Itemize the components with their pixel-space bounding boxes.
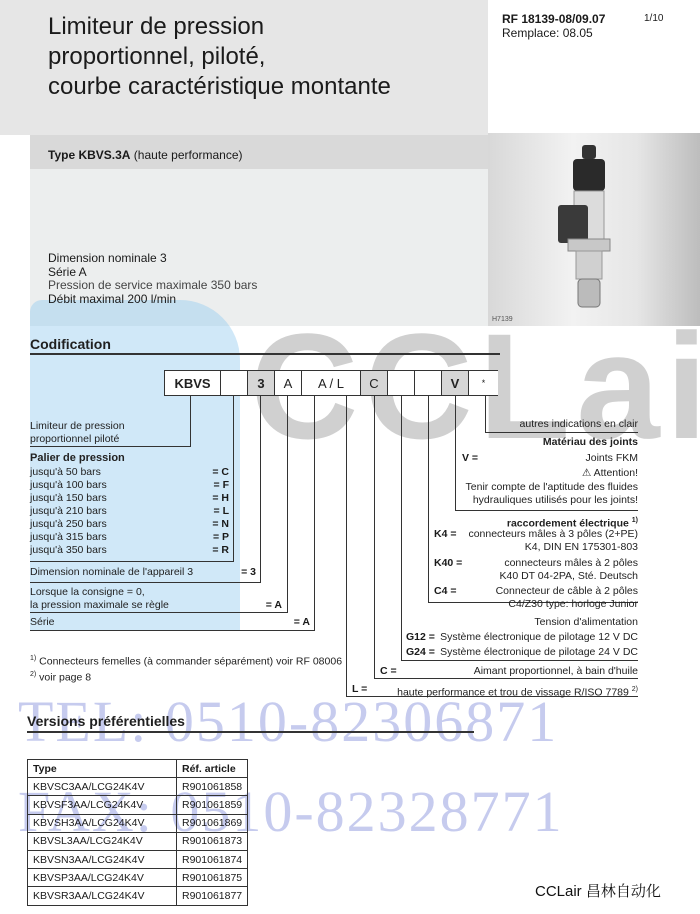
footnote-2: 2) voir page 8 <box>30 668 91 685</box>
pressure-level: jusqu'à 350 bars= R <box>30 544 229 557</box>
title-line-3: courbe caractéristique montante <box>48 72 478 102</box>
seal-heading: Matériau des joints <box>460 436 638 449</box>
table-row: KBVSC3AA/LCG24K4VR901061858 <box>28 778 248 796</box>
codification-heading: Codification <box>30 336 111 352</box>
column-header-ref: Réf. article <box>177 760 248 778</box>
type-line: Type KBVS.3A (haute performance) <box>48 148 243 162</box>
elec-c4: C4 =Connecteur de câble à 2 pôles C4/Z30… <box>434 585 638 611</box>
code-box-elec <box>414 370 442 396</box>
voltage-heading: Tension d'alimentation <box>430 616 638 629</box>
replaces-label: Remplace: 08.05 <box>502 26 605 40</box>
pressure-level: jusqu'à 50 bars= C <box>30 466 229 479</box>
pressure-levels: jusqu'à 50 bars= C jusqu'à 100 bars= F j… <box>30 466 229 557</box>
spec-item: Débit maximal 200 l/min <box>48 293 257 307</box>
title-line-2: proportionnel, piloté, <box>48 42 478 72</box>
elec-k40: K40 =connecteurs mâles à 2 pôles K40 DT … <box>434 557 638 583</box>
pressure-level: jusqu'à 100 bars= F <box>30 479 229 492</box>
pressure-level: jusqu'à 150 bars= H <box>30 492 229 505</box>
nominal-size-row: Dimension nominale de l'appareil 3= 3 <box>30 566 256 579</box>
table-header-row: Type Réf. article <box>28 760 248 778</box>
code-box-pressure <box>220 370 248 396</box>
brand-watermark: CCLair 昌林自动化 <box>535 880 661 901</box>
magnet-row: C =Aimant proportionnel, à bain d'huile <box>380 665 638 678</box>
versions-rule <box>27 731 474 733</box>
warning-icon: ⚠ <box>582 467 591 479</box>
code-box-magnet: C <box>360 370 388 396</box>
page-number: 1/10 <box>644 12 663 26</box>
versions-heading: Versions préférentielles <box>27 713 185 729</box>
table-row: KBVSN3AA/LCG24K4VR901061874 <box>28 850 248 868</box>
attention-row: ⚠ Attention! <box>520 467 638 480</box>
table-row: KBVSP3AA/LCG24K4VR901061875 <box>28 869 248 887</box>
spec-item: Série A <box>48 266 257 280</box>
type-description: (haute performance) <box>130 148 242 162</box>
code-box-other: * <box>468 370 498 396</box>
code-box-size: 3 <box>247 370 275 396</box>
code-box-kbvs: KBVS <box>164 370 221 396</box>
column-header-type: Type <box>28 760 177 778</box>
table-row: KBVSF3AA/LCG24K4VR901061859 <box>28 796 248 814</box>
code-box-voltage <box>387 370 415 396</box>
seal-code: V = <box>462 452 478 464</box>
spec-item: Dimension nominale 3 <box>48 252 257 266</box>
pressure-level: jusqu'à 210 bars= L <box>30 505 229 518</box>
table-row: KBVSL3AA/LCG24K4VR901061873 <box>28 832 248 850</box>
footnote-1: 1) Connecteurs femelles (à commander sép… <box>30 652 342 669</box>
doc-ref: RF 18139-08/09.07 <box>502 12 605 26</box>
codification-rule <box>30 353 500 355</box>
attention-note: Tenir compte de l'aptitude des fluides h… <box>460 481 638 507</box>
series-row: Série= A <box>30 616 310 629</box>
device-label: Limiteur de pression proportionnel pilot… <box>30 420 125 446</box>
document-reference: RF 18139-08/09.07 1/10 Remplace: 08.05 <box>502 12 605 40</box>
seal-label: Joints FKM <box>520 452 638 465</box>
other-indications: autres indications en clair <box>480 418 638 431</box>
zero-setpoint-row: Lorsque la consigne = 0, la pression max… <box>30 586 282 612</box>
pressure-level: jusqu'à 315 bars= P <box>30 531 229 544</box>
table-row: KBVSH3AA/LCG24K4VR901061869 <box>28 814 248 832</box>
code-box-series-perf: A / L <box>301 370 361 396</box>
code-box-seal: V <box>441 370 469 396</box>
document-title: Limiteur de pression proportionnel, pilo… <box>48 12 478 102</box>
pressure-heading: Palier de pression <box>30 452 125 465</box>
valve-image <box>488 133 700 326</box>
voltage-g24: G24 =Système électronique de pilotage 24… <box>406 646 638 659</box>
photo-code: H7139 <box>492 316 513 323</box>
code-box-zero: A <box>274 370 302 396</box>
table-row: KBVSR3AA/LCG24K4VR901061877 <box>28 887 248 905</box>
spec-item: Pression de service maximale 350 bars <box>48 279 257 293</box>
type-code: Type KBVS.3A <box>48 148 130 162</box>
title-line-1: Limiteur de pression <box>48 12 478 42</box>
versions-table: Type Réf. article KBVSC3AA/LCG24K4VR9010… <box>27 759 248 906</box>
elec-k4: K4 =connecteurs mâles à 3 pôles (2+PE) K… <box>434 528 638 554</box>
spec-list: Dimension nominale 3 Série A Pression de… <box>48 252 257 306</box>
pressure-level: jusqu'à 250 bars= N <box>30 518 229 531</box>
voltage-g12: G12 =Système électronique de pilotage 12… <box>406 631 638 644</box>
product-photo: H7139 <box>488 133 700 326</box>
